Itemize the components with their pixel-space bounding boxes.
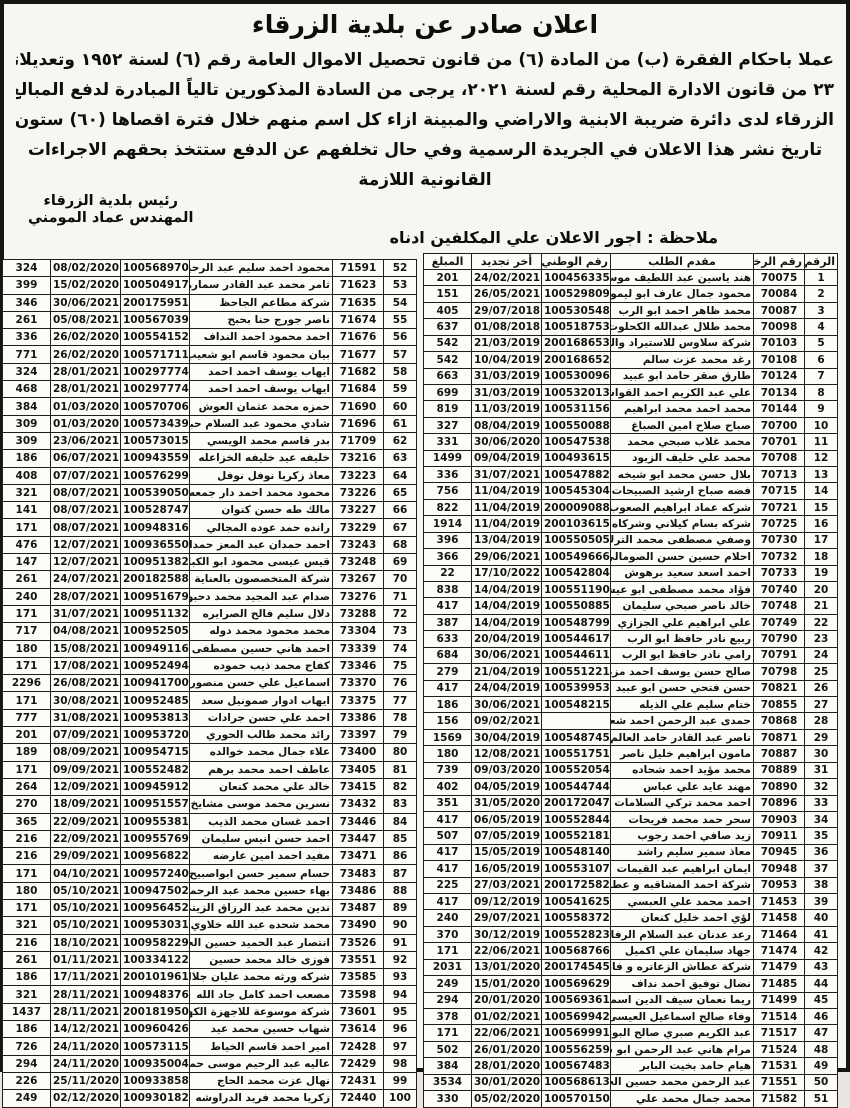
license-number-cell: 71690	[333, 398, 384, 415]
applicant-name-cell: ايمان ابراهيم عبد القيمات	[611, 861, 754, 877]
last-renewal-cell: 31/08/2021	[51, 709, 121, 726]
body-line-2: ٢٣ من قانون الادارة المحلية رقم لسنة ٢٠٢…	[16, 75, 834, 105]
serial-cell: 68	[384, 536, 417, 553]
license-number-cell: 71684	[333, 381, 384, 398]
applicant-name-cell: جهاد سليمان علي اكميل	[611, 943, 754, 959]
applicant-name-cell: شركه بسام كيلاني وشركاه	[611, 516, 754, 532]
national-id-cell: 100544611	[542, 647, 611, 663]
amount-cell: 180	[424, 746, 472, 762]
license-number-cell: 71677	[333, 346, 384, 363]
applicant-name-cell: محمد غلاب صبحي محمد	[611, 434, 754, 450]
last-renewal-cell: 30/06/2020	[472, 434, 542, 450]
table-row: 9373585شركه ورثه محمد عليان جلال الطيمات…	[3, 969, 417, 986]
last-renewal-cell: 29/07/2021	[472, 910, 542, 926]
last-renewal-cell: 24/11/2020	[51, 1038, 121, 1055]
amount-cell: 171	[3, 761, 51, 778]
applicant-name-cell: نضال توفيق احمد نداف	[611, 976, 754, 992]
amount-cell: 405	[424, 302, 472, 318]
last-renewal-cell: 15/02/2020	[51, 277, 121, 294]
applicant-name-cell: اسماعيل علي حسن منصور	[190, 675, 333, 692]
table-row: 8173405عاطف احمد محمد برهم10055248209/09…	[3, 761, 417, 778]
national-id-cell: 100528747	[121, 502, 190, 519]
table-row: 5671676احمد محمود احمد النداف10055415226…	[3, 329, 417, 346]
national-id-cell: 200172047	[542, 795, 611, 811]
amount-cell: 1437	[3, 1003, 51, 1020]
license-number-cell: 73585	[333, 969, 384, 986]
license-number-cell: 72428	[333, 1038, 384, 1055]
table-row: 4671514وفاء صالح اسماعيل العيسى100569942…	[424, 1008, 838, 1024]
applicant-name-cell: احمد هاني حسين مصطفى	[190, 640, 333, 657]
body-line-4: تاريخ نشر هذا الاعلان في الجريدة الرسمية…	[16, 135, 834, 195]
amount-cell: 180	[3, 882, 51, 899]
amount-cell: 225	[424, 877, 472, 893]
table-body-left: 5271591محمود احمد سليم عبد الرحيم1005689…	[3, 260, 417, 1073]
license-number-cell: 70871	[754, 729, 805, 745]
last-renewal-cell: 12/08/2021	[472, 746, 542, 762]
applicant-name-cell: شركة سلاوس للاستيراد والتصدير	[611, 335, 754, 351]
last-renewal-cell: 22/06/2021	[472, 1025, 542, 1041]
license-number-cell: 73601	[333, 1003, 384, 1020]
applicant-name-cell: عبد الكريم صبري صالح البوريني	[611, 1025, 754, 1041]
amount-cell: 186	[3, 450, 51, 467]
applicant-name-cell: ختام سليم علي الذيله	[611, 696, 754, 712]
applicant-name-cell: خالد علي محمد كنعان	[190, 778, 333, 795]
national-id-cell: 100547538	[542, 434, 611, 450]
table-row: 670108رغد محمد عزت سالم20016865210/04/20…	[424, 352, 838, 368]
amount-cell: 417	[424, 894, 472, 910]
applicant-name-cell: سحر حمد محمد فريحات	[611, 811, 754, 827]
table-row: 7173276صدام عبد المجيد محمد دحبور1009516…	[3, 588, 417, 605]
table-row: 2070740فؤاد محمد مصطفى ابو عيشه100551190…	[424, 582, 838, 598]
amount-cell: 468	[3, 381, 51, 398]
national-id-cell: 100549666	[542, 549, 611, 565]
applicant-name-cell: ناصر جورج حنا بحبح	[190, 311, 333, 328]
national-id-cell: 100539050	[121, 484, 190, 501]
last-renewal-cell: 18/09/2021	[51, 796, 121, 813]
amount-cell: 309	[3, 432, 51, 449]
applicant-name-cell: علاء جمال محمد خوالده	[190, 744, 333, 761]
serial-cell: 79	[384, 727, 417, 744]
table-row: 8573447احمد حسن انيس سليمان10095576922/0…	[3, 830, 417, 847]
amount-cell: 321	[3, 986, 51, 1003]
national-id-cell: 100531156	[542, 401, 611, 417]
national-id-cell: 100955381	[121, 813, 190, 830]
last-renewal-cell: 14/04/2019	[472, 614, 542, 630]
table-row: 6271709بدر قاسم محمد الويسي10057301523/0…	[3, 432, 417, 449]
license-number-cell: 70821	[754, 680, 805, 696]
table-row: 6773229رانده حمد عوده المجالي10094831608…	[3, 519, 417, 536]
table-row: 6473223معاذ زكريا نوفل نوفل10057629907/0…	[3, 467, 417, 484]
applicant-name-cell: ربيع نادر حافظ ابو الرب	[611, 631, 754, 647]
serial-cell: 58	[384, 363, 417, 380]
body-line-3: الزرقاء لدى دائرة ضريبة الابنية والاراضي…	[16, 105, 834, 135]
serial-cell: 93	[384, 969, 417, 986]
national-id-cell: 200009088	[542, 499, 611, 515]
license-number-cell: 73229	[333, 519, 384, 536]
amount-cell: 180	[3, 640, 51, 657]
table-row: 2770855ختام سليم علي الذيله10054821530/0…	[424, 696, 838, 712]
amount-cell: 151	[424, 286, 472, 302]
table-row: 9872429عاليه عبد الرحيم موسى حماد1009350…	[3, 1055, 417, 1072]
serial-cell: 66	[384, 502, 417, 519]
applicant-name-cell: دلال سليم فالح الصرايره	[190, 605, 333, 622]
table-row: 4771517عبد الكريم صبري صالح البوريني1005…	[424, 1025, 838, 1041]
last-renewal-cell: 26/01/2020	[472, 1041, 542, 1057]
license-number-cell: 70124	[754, 368, 805, 384]
national-id-cell: 100556259	[542, 1041, 611, 1057]
applicant-name-cell: شركة احمد المشاقبه و عطاف عوده	[611, 877, 754, 893]
license-number-cell: 70903	[754, 811, 805, 827]
table-row: 3870953شركة احمد المشاقبه و عطاف عوده200…	[424, 877, 838, 893]
national-id-cell: 100567483	[542, 1058, 611, 1072]
applicant-name-cell: حمدى عبد الرحمن احمد شعبان	[611, 713, 754, 729]
serial-cell: 53	[384, 277, 417, 294]
last-renewal-cell: 23/06/2021	[51, 432, 121, 449]
serial-cell: 92	[384, 951, 417, 968]
serial-cell: 49	[805, 1058, 838, 1072]
table-row: 8373432نسرين محمد موسى مشايخ10095155718/…	[3, 796, 417, 813]
applicant-name-cell: احمد حسن انيس سليمان	[190, 830, 333, 847]
license-number-cell: 73471	[333, 848, 384, 865]
amount-cell: 402	[424, 779, 472, 795]
serial-cell: 30	[805, 746, 838, 762]
last-renewal-cell: 26/02/2020	[51, 329, 121, 346]
applicant-name-cell: ندين محمد عبد الرزاق الزيتي	[190, 899, 333, 916]
license-number-cell: 73598	[333, 986, 384, 1003]
signature-name: المهندس عماد المومني	[28, 210, 193, 227]
last-renewal-cell: 01/02/2021	[472, 1008, 542, 1024]
license-number-cell: 71514	[754, 1008, 805, 1024]
serial-cell: 2	[805, 286, 838, 302]
table-row: 270084محمود جمال عارف ابو ليمون100529809…	[424, 286, 838, 302]
license-number-cell: 73400	[333, 744, 384, 761]
applicant-name-cell: خليفه عيد خليفه الخزاعله	[190, 450, 333, 467]
last-renewal-cell: 29/06/2021	[472, 549, 542, 565]
amount-cell: 261	[3, 311, 51, 328]
table-row: 3270890مهند عايد علي عباس10054474404/05/…	[424, 779, 838, 795]
serial-cell: 27	[805, 696, 838, 712]
serial-cell: 73	[384, 623, 417, 640]
table-row: 7673370اسماعيل علي حسن منصور10094170026/…	[3, 675, 417, 692]
license-number-cell: 71464	[754, 926, 805, 942]
tax-tables: الرقم رقم الرخصة مقدم الطلب رقم الوطني ل…	[12, 253, 838, 1072]
license-number-cell: 70948	[754, 861, 805, 877]
national-id-cell: 200181950	[121, 1003, 190, 1020]
table-row: 9073490محمد شحده عبد الله خلاوي100953031…	[3, 917, 417, 934]
license-number-cell: 70953	[754, 877, 805, 893]
table-row: 3670945معاذ سمير سليم راشد10054814015/05…	[424, 844, 838, 860]
serial-cell: 91	[384, 934, 417, 951]
applicant-name-cell: فضه صباح ارشيد الصبيحات	[611, 483, 754, 499]
last-renewal-cell: 06/07/2021	[51, 450, 121, 467]
national-id-cell: 100951382	[121, 554, 190, 571]
license-number-cell: 70708	[754, 450, 805, 466]
serial-cell: 45	[805, 992, 838, 1008]
amount-cell: 279	[424, 664, 472, 680]
national-id-cell: 100542804	[542, 565, 611, 581]
table-row: 3770948ايمان ابراهيم عبد القيمات10055310…	[424, 861, 838, 877]
amount-cell: 2296	[3, 675, 51, 692]
amount-cell: 336	[3, 329, 51, 346]
table-row: 9173526انتصار عبد الحميد حسين الحجوج1009…	[3, 934, 417, 951]
last-renewal-cell: 08/04/2019	[472, 417, 542, 433]
last-renewal-cell: 05/08/2021	[51, 311, 121, 328]
serial-cell: 39	[805, 894, 838, 910]
amount-cell: 739	[424, 762, 472, 778]
serial-cell: 94	[384, 986, 417, 1003]
table-row: 1170701محمد غلاب صبحي محمد10054753830/06…	[424, 434, 838, 450]
last-renewal-cell: 31/03/2019	[472, 384, 542, 400]
amount-cell: 171	[3, 657, 51, 674]
last-renewal-cell: 15/01/2020	[472, 976, 542, 992]
table-row: 9573601شركة موسوعة للاجهزة الكهربائية وا…	[3, 1003, 417, 1020]
national-id-cell: 100550505	[542, 532, 611, 548]
national-id-cell: 100541625	[542, 894, 611, 910]
table-row: 8873486بهاء حسين محمد عبد الرحمن10094750…	[3, 882, 417, 899]
applicant-name-cell: مفيد احمد امين عارضه	[190, 848, 333, 865]
last-renewal-cell: 14/04/2019	[472, 598, 542, 614]
serial-cell: 87	[384, 865, 417, 882]
applicant-name-cell: احلام حسين حسن الصومالي	[611, 549, 754, 565]
amount-cell: 171	[3, 605, 51, 622]
national-id-cell: 200168653	[542, 335, 611, 351]
last-renewal-cell: 22/09/2021	[51, 830, 121, 847]
amount-cell: 321	[3, 917, 51, 934]
national-id-cell: 100551751	[542, 746, 611, 762]
license-number-cell: 70887	[754, 746, 805, 762]
applicant-name-cell: مالك طه حسن كتوان	[190, 502, 333, 519]
serial-cell: 54	[384, 294, 417, 311]
license-number-cell: 70748	[754, 598, 805, 614]
amount-cell: 1569	[424, 729, 472, 745]
serial-cell: 32	[805, 779, 838, 795]
last-renewal-cell: 30/04/2019	[472, 729, 542, 745]
amount-cell: 417	[424, 811, 472, 827]
signature-block: رئيس بلدية الزرقاء المهندس عماد المومني	[28, 193, 193, 227]
amount-cell: 756	[424, 483, 472, 499]
serial-cell: 74	[384, 640, 417, 657]
national-id-cell: 100945912	[121, 778, 190, 795]
last-renewal-cell: 31/03/2019	[472, 368, 542, 384]
header-last-renewal: أخر تجديد	[472, 254, 542, 270]
serial-cell: 78	[384, 709, 417, 726]
license-number-cell: 71709	[333, 432, 384, 449]
national-id-cell: 100948316	[121, 519, 190, 536]
serial-cell: 22	[805, 614, 838, 630]
serial-cell: 61	[384, 415, 417, 432]
national-id-cell: 100544617	[542, 631, 611, 647]
last-renewal-cell: 28/11/2021	[51, 1003, 121, 1020]
national-id-cell: 100569991	[542, 1025, 611, 1041]
license-number-cell: 73223	[333, 467, 384, 484]
applicant-name-cell: شادي محمود عبد السلام حباشنه	[190, 415, 333, 432]
table-row: 5571674ناصر جورج حنا بحبح10056703905/08/…	[3, 311, 417, 328]
last-renewal-cell: 11/04/2019	[472, 499, 542, 515]
table-row: 8773483حسام سمير حسن ابواصبيح10095724004…	[3, 865, 417, 882]
last-renewal-cell: 24/02/2021	[472, 270, 542, 286]
license-number-cell: 70855	[754, 696, 805, 712]
last-renewal-cell: 07/09/2021	[51, 727, 121, 744]
license-number-cell: 71623	[333, 277, 384, 294]
license-number-cell: 71531	[754, 1058, 805, 1072]
applicant-name-cell: فوزى خالد محمد حسين	[190, 951, 333, 968]
amount-cell: 502	[424, 1041, 472, 1057]
applicant-name-cell: شركة عطاش الزعاتره و فاطمة اب	[611, 959, 754, 975]
table-row: 5771677بيان محمود قاسم ابو شعيب100571711…	[3, 346, 417, 363]
license-number-cell: 73243	[333, 536, 384, 553]
applicant-name-cell: شركة المتخصصون بالعناية والجمال لتج	[190, 571, 333, 588]
national-id-cell: 100949116	[121, 640, 190, 657]
last-renewal-cell: 20/01/2020	[472, 992, 542, 1008]
table-row: 5871682ايهاب يوسف احمد احمد10029777428/0…	[3, 363, 417, 380]
applicant-name-cell: هيام حامد بخيت البابر	[611, 1058, 754, 1072]
applicant-name-cell: وفاء صالح اسماعيل العيسى	[611, 1008, 754, 1024]
header-amount: المبلغ	[424, 254, 472, 270]
amount-cell: 141	[3, 502, 51, 519]
national-id-cell: 100947502	[121, 882, 190, 899]
license-number-cell: 71458	[754, 910, 805, 926]
serial-cell: 55	[384, 311, 417, 328]
license-number-cell: 73483	[333, 865, 384, 882]
license-number-cell: 73346	[333, 657, 384, 674]
national-id-cell: 200182588	[121, 571, 190, 588]
serial-cell: 25	[805, 664, 838, 680]
applicant-name-cell: عاليه عبد الرحيم موسى حماد	[190, 1055, 333, 1072]
table-row: 1870732احلام حسين حسن الصومالي1005496662…	[424, 549, 838, 565]
serial-cell: 59	[384, 381, 417, 398]
serial-cell: 37	[805, 861, 838, 877]
amount-cell: 171	[3, 899, 51, 916]
license-number-cell: 70084	[754, 286, 805, 302]
last-renewal-cell: 09/02/2021	[472, 713, 542, 729]
last-renewal-cell: 15/05/2019	[472, 844, 542, 860]
header-applicant: مقدم الطلب	[611, 254, 754, 270]
applicant-name-cell: شركه ورثه محمد عليان جلال الطيمات	[190, 969, 333, 986]
applicant-name-cell: احمد علي حسن جرادات	[190, 709, 333, 726]
last-renewal-cell: 09/04/2019	[472, 450, 542, 466]
amount-cell: 201	[424, 270, 472, 286]
serial-cell: 85	[384, 830, 417, 847]
license-number-cell: 70732	[754, 549, 805, 565]
last-renewal-cell: 08/02/2020	[51, 260, 121, 277]
national-id-cell	[542, 713, 611, 729]
amount-cell: 327	[424, 417, 472, 433]
last-renewal-cell: 30/06/2021	[51, 294, 121, 311]
license-number-cell: 73447	[333, 830, 384, 847]
last-renewal-cell: 29/07/2018	[472, 302, 542, 318]
table-row: 8673471مفيد احمد امين عارضه10095682229/0…	[3, 848, 417, 865]
national-id-cell: 100297774	[121, 363, 190, 380]
applicant-name-cell: حسام سمير حسن ابواصبيح	[190, 865, 333, 882]
license-number-cell: 70733	[754, 565, 805, 581]
amount-cell: 264	[3, 778, 51, 795]
national-id-cell: 200175951	[121, 294, 190, 311]
license-number-cell: 73216	[333, 450, 384, 467]
serial-cell: 8	[805, 384, 838, 400]
table-row: 4571499ريما نعمان سيف الدين اسماعيل10056…	[424, 992, 838, 1008]
last-renewal-cell: 01/08/2018	[472, 319, 542, 335]
applicant-name-cell: ريما نعمان سيف الدين اسماعيل	[611, 992, 754, 1008]
license-number-cell: 71674	[333, 311, 384, 328]
serial-cell: 89	[384, 899, 417, 916]
serial-cell: 17	[805, 532, 838, 548]
amount-cell: 2031	[424, 959, 472, 975]
amount-cell: 396	[424, 532, 472, 548]
amount-cell: 261	[3, 571, 51, 588]
national-id-cell: 100530548	[542, 302, 611, 318]
last-renewal-cell: 04/10/2021	[51, 865, 121, 882]
national-id-cell: 100951679	[121, 588, 190, 605]
last-renewal-cell: 22/06/2021	[472, 943, 542, 959]
national-id-cell: 100955769	[121, 830, 190, 847]
license-number-cell: 70144	[754, 401, 805, 417]
amount-cell: 408	[3, 467, 51, 484]
table-row: 5271591محمود احمد سليم عبد الرحيم1005689…	[3, 260, 417, 277]
last-renewal-cell: 11/04/2019	[472, 516, 542, 532]
applicant-name-cell: كفاح محمد ذيب حموده	[190, 657, 333, 674]
amount-cell: 417	[424, 598, 472, 614]
national-id-cell: 100951132	[121, 605, 190, 622]
amount-cell: 717	[3, 623, 51, 640]
serial-cell: 82	[384, 778, 417, 795]
table-row: 6673227مالك طه حسن كتوان10052874708/07/2…	[3, 502, 417, 519]
amount-cell: 663	[424, 368, 472, 384]
national-id-cell: 200174545	[542, 959, 611, 975]
license-number-cell: 70740	[754, 582, 805, 598]
last-renewal-cell: 01/03/2020	[51, 415, 121, 432]
license-number-cell: 73276	[333, 588, 384, 605]
last-renewal-cell: 21/03/2019	[472, 335, 542, 351]
license-number-cell: 70713	[754, 467, 805, 483]
serial-cell: 44	[805, 976, 838, 992]
national-id-cell: 100953720	[121, 727, 190, 744]
license-number-cell: 70749	[754, 614, 805, 630]
last-renewal-cell: 08/07/2021	[51, 484, 121, 501]
national-id-cell: 100553107	[542, 861, 611, 877]
table-row: 3170889محمد مؤيد احمد شحاده10055205409/0…	[424, 762, 838, 778]
national-id-cell: 100571711	[121, 346, 190, 363]
last-renewal-cell: 11/03/2019	[472, 401, 542, 417]
amount-cell: 336	[424, 467, 472, 483]
table-row: 1470715فضه صباح ارشيد الصبيحات1005453041…	[424, 483, 838, 499]
last-renewal-cell: 30/06/2021	[472, 647, 542, 663]
applicant-name-cell: علي ابراهيم علي الجزازي	[611, 614, 754, 630]
last-renewal-cell: 28/01/2021	[51, 381, 121, 398]
serial-cell: 69	[384, 554, 417, 571]
amount-cell: 417	[424, 861, 472, 877]
applicant-name-cell: صباح صلاح امين الصباغ	[611, 417, 754, 433]
serial-cell: 18	[805, 549, 838, 565]
national-id-cell: 100958229	[121, 934, 190, 951]
applicant-name-cell: شهاب حسين محمد عيد	[190, 1021, 333, 1038]
national-id-cell: 100570706	[121, 398, 190, 415]
license-number-cell: 73339	[333, 640, 384, 657]
applicant-name-cell: محمد احمد محمد ابراهيم	[611, 401, 754, 417]
table-row: 2670821حسن فتحي حسن ابو عبيد10053995324/…	[424, 680, 838, 696]
table-row: 7273288دلال سليم فالح الصرايره1009511323…	[3, 605, 417, 622]
applicant-name-cell: زيد صافي احمد رجوب	[611, 828, 754, 844]
national-id-cell: 100569361	[542, 992, 611, 1008]
table-row: 570103شركة سلاوس للاستيراد والتصدير20016…	[424, 335, 838, 351]
applicant-name-cell: ايهاب ادوار صمونيل سعد	[190, 692, 333, 709]
table-row: 870134علي عبد الكريم احمد القواسمه100532…	[424, 384, 838, 400]
national-id-cell: 100957240	[121, 865, 190, 882]
table-row: 9273551فوزى خالد محمد حسين10033412201/11…	[3, 951, 417, 968]
amount-cell: 384	[3, 398, 51, 415]
license-number-cell: 70103	[754, 335, 805, 351]
national-id-cell: 100550088	[542, 417, 611, 433]
serial-cell: 15	[805, 499, 838, 515]
